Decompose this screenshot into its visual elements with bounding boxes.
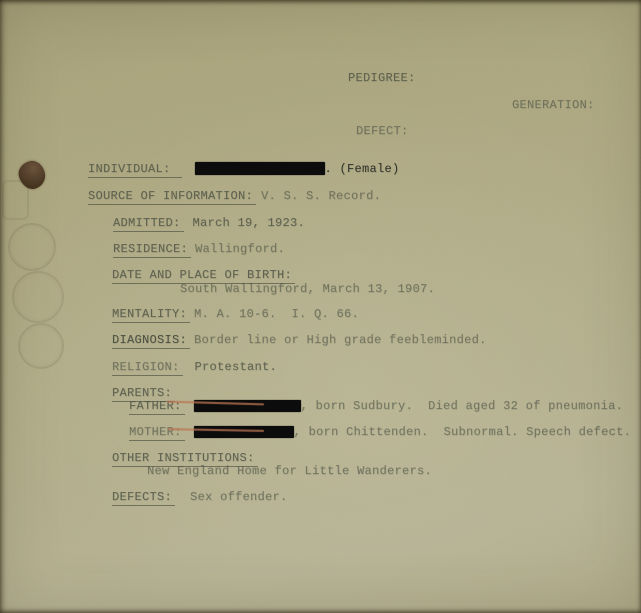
diagnosis-label: DIAGNOSIS: xyxy=(112,333,190,349)
field-father: FATHER:, born Sudbury. Died aged 32 of p… xyxy=(99,387,623,402)
field-birth: DATE AND PLACE OF BIRTH: xyxy=(82,256,295,271)
diagnosis-value: Border line or High grade feebleminded. xyxy=(194,333,487,347)
other-institutions-value: New England Home for Little Wanderers. xyxy=(117,452,432,467)
field-residence: RESIDENCE:Wallingford. xyxy=(83,230,285,245)
binder-ring-impression xyxy=(18,323,64,369)
source-value: V. S. S. Record. xyxy=(261,189,381,203)
defects-label: DEFECTS: xyxy=(112,490,175,506)
field-individual: INDIVIDUAL:. (Female) xyxy=(58,149,400,164)
individual-label: INDIVIDUAL: xyxy=(88,162,182,178)
header-generation: GENERATION: xyxy=(512,99,595,114)
birth-value-text: South Wallingford, March 13, 1907. xyxy=(180,282,435,296)
mother-value: , born Chittenden. Subnormal. Speech def… xyxy=(294,425,632,439)
admitted-value: March 19, 1923. xyxy=(193,216,306,230)
header-pedigree: PEDIGREE: xyxy=(348,72,416,87)
field-defects: DEFECTS:Sex offender. xyxy=(82,478,288,493)
birth-value: South Wallingford, March 13, 1907. xyxy=(150,270,435,285)
source-label: SOURCE OF INFORMATION: xyxy=(88,189,256,205)
binder-ring-impression xyxy=(12,271,64,323)
header-defect: DEFECT: xyxy=(356,125,409,140)
defects-value: Sex offender. xyxy=(190,490,288,504)
residence-value: Wallingford. xyxy=(195,242,285,256)
individual-name-redaction-bar xyxy=(195,162,325,175)
religion-value: Protestant. xyxy=(195,360,278,374)
mother-name-redaction-bar xyxy=(194,426,294,438)
field-admitted: ADMITTED:March 19, 1923. xyxy=(83,204,305,219)
binder-ring-impression xyxy=(8,223,56,271)
document-photo: PEDIGREE: GENERATION: DEFECT: INDIVIDUAL… xyxy=(0,0,641,613)
field-diagnosis: DIAGNOSIS:Border line or High grade feeb… xyxy=(82,321,487,336)
father-value: , born Sudbury. Died aged 32 of pneumoni… xyxy=(301,399,624,413)
other-institutions-value-text: New England Home for Little Wanderers. xyxy=(147,464,432,478)
field-source-of-information: SOURCE OF INFORMATION:V. S. S. Record. xyxy=(58,177,381,192)
mentality-value: M. A. 10-6. I. Q. 66. xyxy=(194,307,359,321)
individual-sex-note: . (Female) xyxy=(325,162,400,176)
field-religion: RELIGION:Protestant. xyxy=(82,348,277,363)
field-mother: MOTHER:, born Chittenden. Subnormal. Spe… xyxy=(99,413,631,428)
field-mentality: MENTALITY:M. A. 10-6. I. Q. 66. xyxy=(82,295,359,310)
